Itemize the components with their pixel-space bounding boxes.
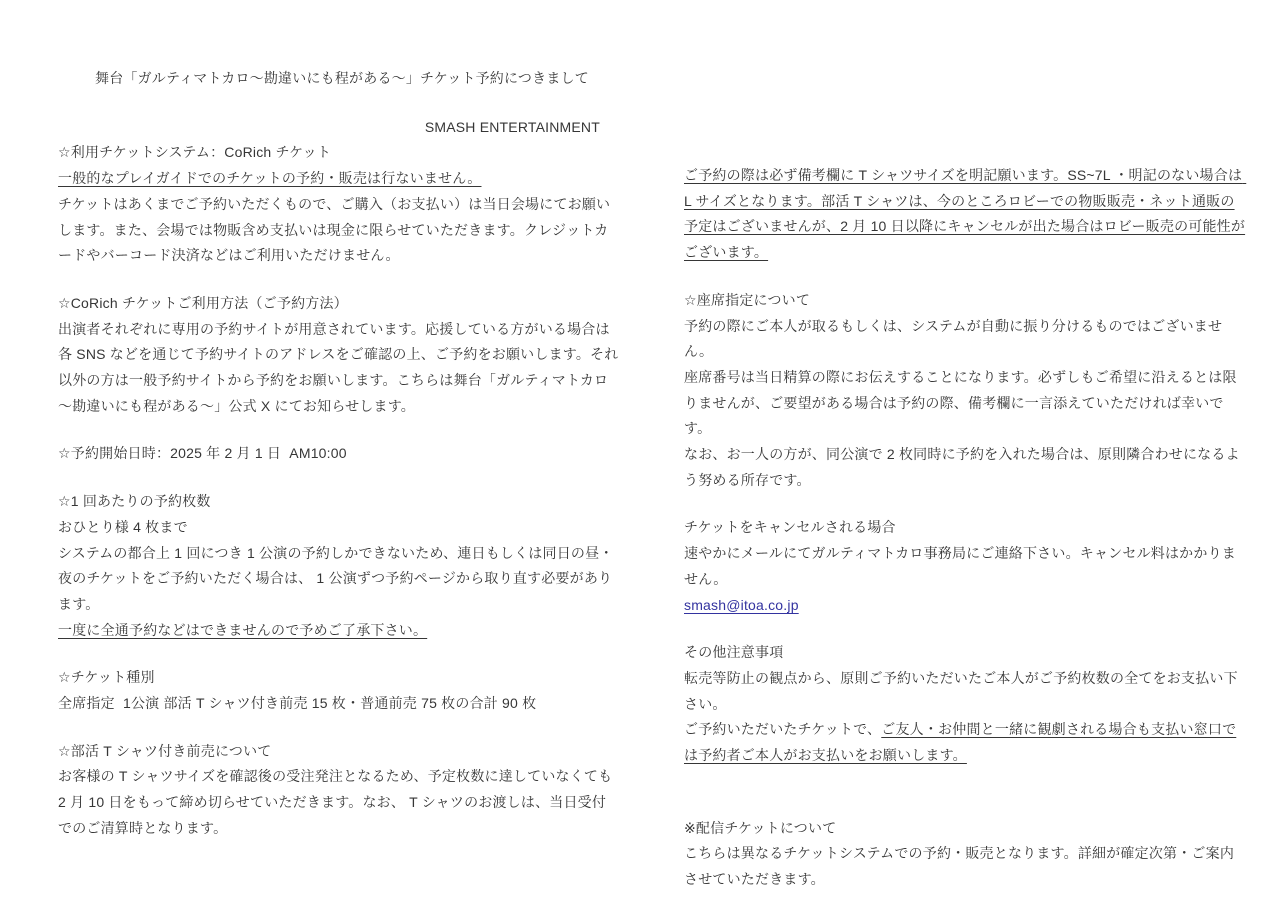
section-usage: ☆CoRich チケットご利用方法（ご予約方法） 出演者それぞれに専用の予約サイ…	[58, 291, 620, 420]
seating-line2: 座席番号は当日精算の際にお伝えすることになります。必ずしもご希望に沿えるとは限り…	[684, 365, 1246, 442]
cancellation-email-line: smash@itoa.co.jp	[684, 593, 1246, 619]
section-start-date: ☆予約開始日時：2025 年 2 月 1 日 AM10:00	[58, 441, 620, 467]
left-column: 舞台「ガルティマトカロ～勘違いにも程がある～」チケット予約につきまして SMAS…	[58, 66, 620, 842]
section-heading-per-reservation: ☆1 回あたりの予約枚数	[58, 489, 620, 515]
right-column: ご予約の際は必ず備考欄に T シャツサイズを明記願います。SS~7L ・明記のな…	[684, 163, 1246, 893]
section-heading-other-notes: その他注意事項	[684, 640, 1246, 666]
section-heading-tshirt-presale: ☆部活 T シャツ付き前売について	[58, 739, 620, 765]
email-link[interactable]: smash@itoa.co.jp	[684, 597, 799, 613]
section-heading-usage: ☆CoRich チケットご利用方法（ご予約方法）	[58, 291, 620, 317]
section-ticket-system: ☆利用チケットシステム：CoRich チケット 一般的なプレイガイドでのチケット…	[58, 140, 620, 269]
page-title: 舞台「ガルティマトカロ～勘違いにも程がある～」チケット予約につきまして	[58, 66, 620, 92]
other-notes-line1: 転売等防止の観点から、原則ご予約いただいたご本人がご予約枚数の全てをお支払い下さ…	[684, 666, 1246, 717]
cancellation-body: 速やかにメールにてガルティマトカロ事務局にご連絡下さい。キャンセル料はかかりませ…	[684, 541, 1246, 592]
per-reservation-note: 一度に全通予約などはできませんので予めご了承下さい。	[58, 618, 620, 644]
section-per-reservation: ☆1 回あたりの予約枚数 おひとり様 4 枚まで システムの都合上 1 回につき…	[58, 489, 620, 643]
company-name: SMASH ENTERTAINMENT	[58, 115, 620, 141]
other-notes-line2: ご予約いただいたチケットで、ご友人・お仲間と一緒に観劇される場合も支払い窓口では…	[684, 717, 1246, 768]
tshirt-size-note: ご予約の際は必ず備考欄に T シャツサイズを明記願います。SS~7L ・明記のな…	[684, 163, 1246, 266]
payment-info: チケットはあくまでご予約いただくもので、ご購入（お支払い）は当日会場にてお願いし…	[58, 192, 620, 269]
section-heading-seating: ☆座席指定について	[684, 288, 1246, 314]
usage-body: 出演者それぞれに専用の予約サイトが用意されています。応援している方がいる場合は各…	[58, 317, 620, 420]
start-date-heading: ☆予約開始日時：2025 年 2 月 1 日 AM10:00	[58, 441, 620, 467]
section-heading-streaming: ※配信チケットについて	[684, 816, 1246, 842]
section-seating: ☆座席指定について 予約の際にご本人が取るもしくは、システムが自動に振り分けるも…	[684, 288, 1246, 494]
streaming-body: こちらは異なるチケットシステムでの予約・販売となります。詳細が確定次第・ご案内さ…	[684, 841, 1246, 892]
tshirt-presale-body: お客様の T シャツサイズを確認後の受注発注となるため、予定枚数に達していなくて…	[58, 764, 620, 841]
section-heading-ticket-type: ☆チケット種別	[58, 665, 620, 691]
ticket-type-body: 全席指定 1公演 部活 T シャツ付き前売 15 枚・普通前売 75 枚の合計 …	[58, 691, 620, 717]
seating-line1: 予約の際にご本人が取るもしくは、システムが自動に振り分けるものではございません。	[684, 314, 1246, 365]
seating-line3: なお、お一人の方が、同公演で 2 枚同時に予約を入れた場合は、原則隣合わせになる…	[684, 442, 1246, 493]
section-streaming: ※配信チケットについて こちらは異なるチケットシステムでの予約・販売となります。…	[684, 816, 1246, 893]
other-notes-line2-normal: ご予約いただいたチケットで、	[684, 721, 881, 737]
section-ticket-type: ☆チケット種別 全席指定 1公演 部活 T シャツ付き前売 15 枚・普通前売 …	[58, 665, 620, 716]
section-tshirt-size-note: ご予約の際は必ず備考欄に T シャツサイズを明記願います。SS~7L ・明記のな…	[684, 163, 1246, 266]
section-other-notes: その他注意事項 転売等防止の観点から、原則ご予約いただいたご本人がご予約枚数の全…	[684, 640, 1246, 769]
section-heading-ticket-system: ☆利用チケットシステム：CoRich チケット	[58, 140, 620, 166]
per-reservation-body: システムの都合上 1 回につき 1 公演の予約しかできないため、連日もしくは同日…	[58, 541, 620, 618]
section-tshirt-presale: ☆部活 T シャツ付き前売について お客様の T シャツサイズを確認後の受注発注…	[58, 739, 620, 842]
no-playguide-note: 一般的なプレイガイドでのチケットの予約・販売は行ないません。	[58, 166, 620, 192]
per-reservation-limit: おひとり様 4 枚まで	[58, 515, 620, 541]
section-heading-cancellation: チケットをキャンセルされる場合	[684, 515, 1246, 541]
section-cancellation: チケットをキャンセルされる場合 速やかにメールにてガルティマトカロ事務局にご連絡…	[684, 515, 1246, 618]
